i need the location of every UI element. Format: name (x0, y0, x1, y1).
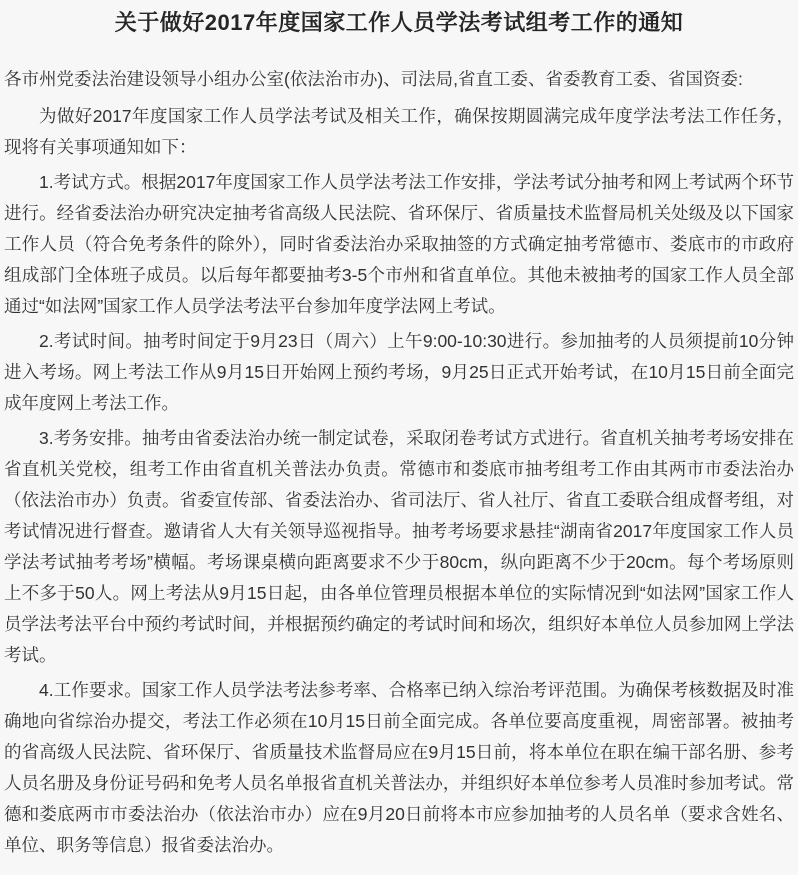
paragraph-item-4-work-requirements: 4.工作要求。国家工作人员学法考法参考率、合格率已纳入综治考评范围。为确保考核数… (4, 675, 794, 861)
intro-paragraph: 为做好2017年度国家工作人员学法考试及相关工作，确保按期圆满完成年度学法考法工… (4, 101, 794, 163)
page-title: 关于做好2017年度国家工作人员学法考试组考工作的通知 (4, 0, 794, 36)
paragraph-item-3-exam-arrangements: 3.考务安排。抽考由省委法治办统一制定试卷，采取闭卷考试方式进行。省直机关抽考考… (4, 423, 794, 671)
paragraph-item-1-exam-method: 1.考试方式。根据2017年度国家工作人员学法考法工作安排，学法考试分抽考和网上… (4, 167, 794, 322)
salutation-line: 各市州党委法治建设领导小组办公室(依法治市办)、司法局,省直工委、省委教育工委、… (4, 64, 794, 95)
notice-document: 关于做好2017年度国家工作人员学法考试组考工作的通知 各市州党委法治建设领导小… (0, 0, 798, 875)
paragraph-item-2-exam-time: 2.考试时间。抽考时间定于9月23日（周六）上午9:00-10:30进行。参加抽… (4, 326, 794, 419)
